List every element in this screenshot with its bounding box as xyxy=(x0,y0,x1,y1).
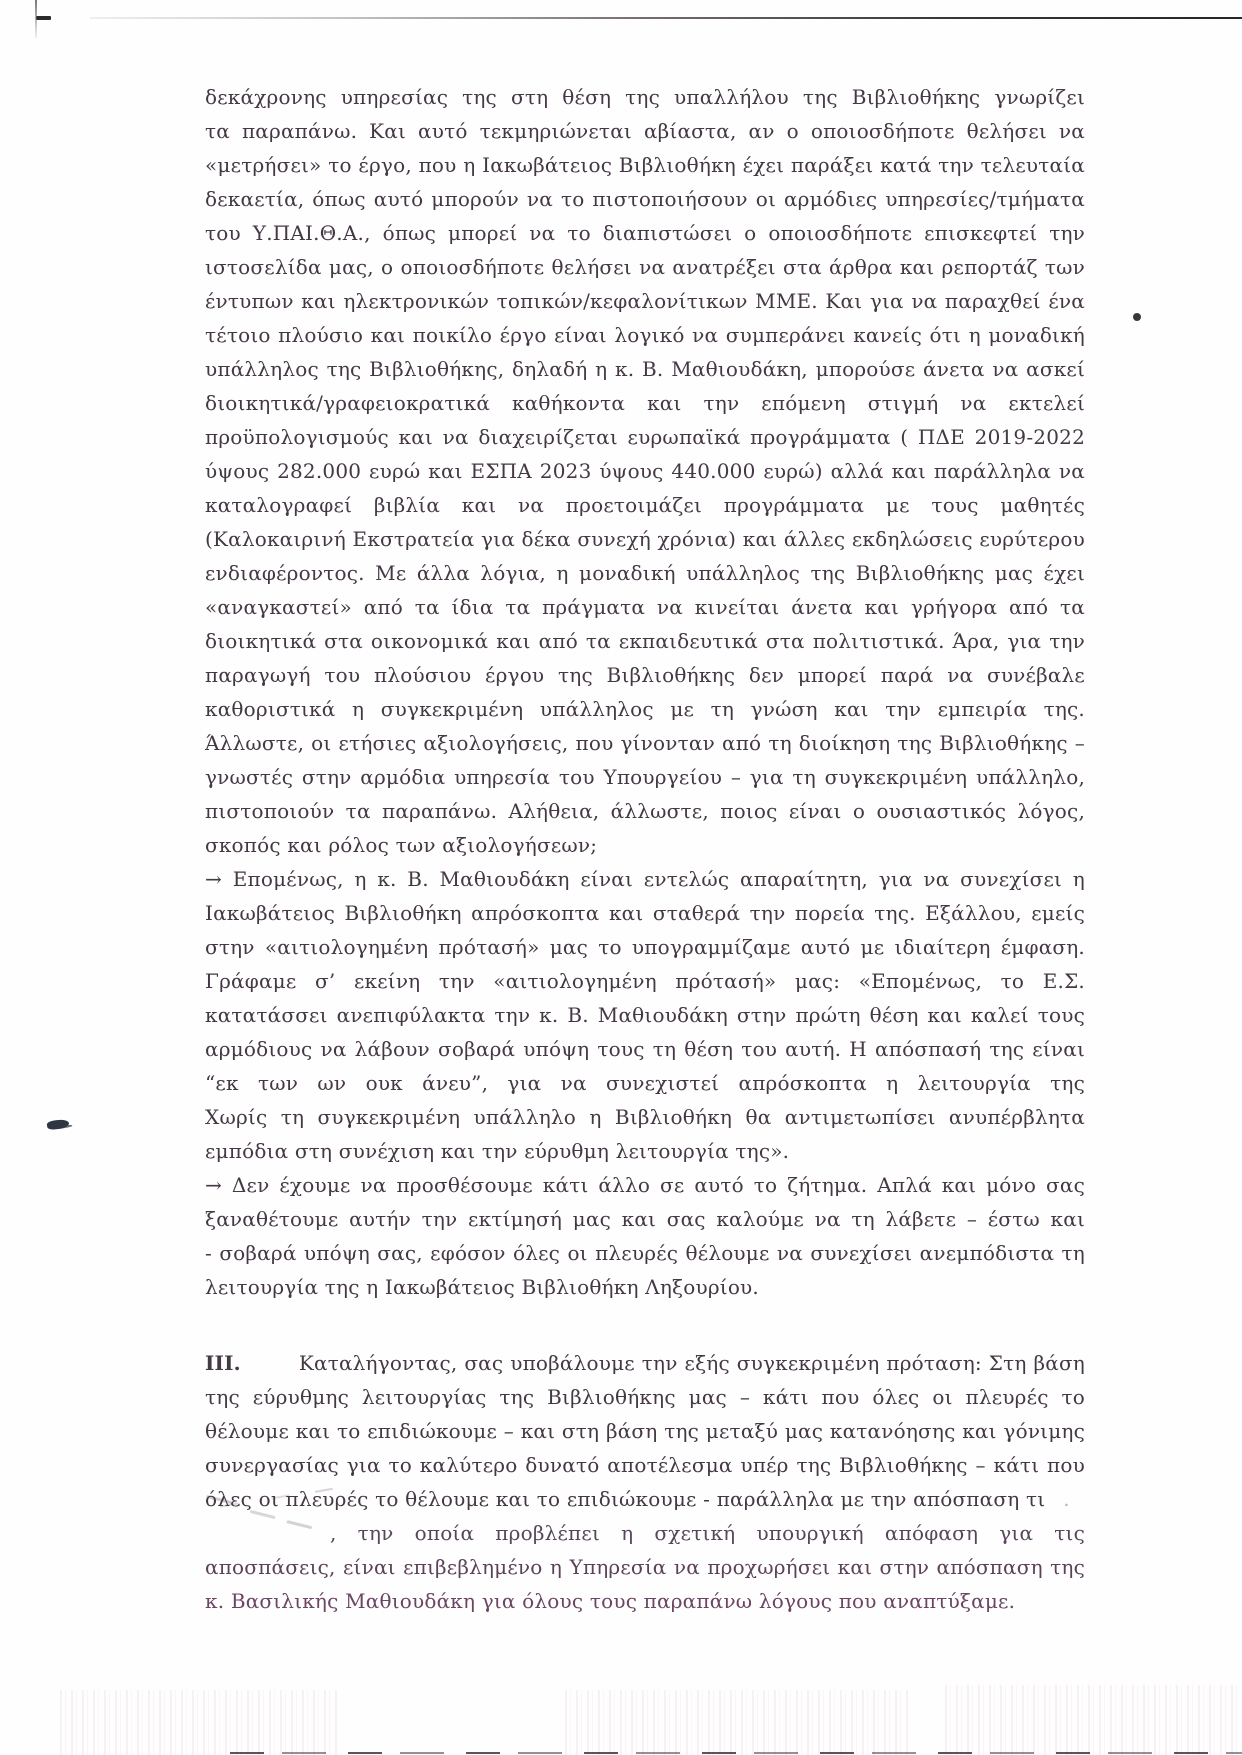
text-line: ξαναθέτουμε αυτήν την εκτίμησή μας και σ… xyxy=(205,1202,1085,1236)
scan-artifact-dash xyxy=(36,16,51,20)
text-line: Γράφαμε σ’ εκείνη την «αιτιολογημένη πρό… xyxy=(205,964,1085,998)
text-line: έντυπων και ηλεκτρονικών τοπικών/κεφαλον… xyxy=(205,284,1085,318)
text-line: (Καλοκαιρινή Εκστρατεία για δέκα συνεχή … xyxy=(205,522,1085,556)
paragraph: → Δεν έχουμε να προσθέσουμε κάτι άλλο σε… xyxy=(205,1168,1085,1304)
paragraph: δεκάχρονης υπηρεσίας της στη θέση της υπ… xyxy=(205,80,1085,862)
margin-smudge xyxy=(46,1119,69,1131)
text-line: του Υ.ΠΑΙ.Θ.Α., όπως μπορεί να το διαπισ… xyxy=(205,216,1085,250)
text-line: «αναγκαστεί» από τα ίδια τα πράγματα να … xyxy=(205,590,1085,624)
paragraph: → Επομένως, η κ. Β. Μαθιουδάκη είναι εντ… xyxy=(205,862,1085,1168)
text-line: προϋπολογισμούς και να διαχειρίζεται ευρ… xyxy=(205,420,1085,454)
text-line: σκοπός και ρόλος των αξιολογήσεων; xyxy=(205,828,1085,862)
text-line: διοικητικά/γραφειοκρατικά καθήκοντα και … xyxy=(205,386,1085,420)
text-line: → Επομένως, η κ. Β. Μαθιουδάκη είναι εντ… xyxy=(205,862,1085,896)
text-line: διοικητικά στα οικονομικά και από τα εκπ… xyxy=(205,624,1085,658)
text-line: ύψους 282.000 ευρώ και ΕΣΠΑ 2023 ύψους 4… xyxy=(205,454,1085,488)
text-line: πιστοποιούν τα παραπάνω. Αλήθεια, άλλωστ… xyxy=(205,794,1085,828)
text-line: “εκ των ων ουκ άνευ”, για να συνεχιστεί … xyxy=(205,1066,1085,1100)
text-line: III.Καταλήγοντας, σας υποβάλουμε την εξή… xyxy=(205,1346,1085,1380)
text-line: στην «αιτιολογημένη πρότασή» μας το υπογ… xyxy=(205,930,1085,964)
text-line: κ. Βασιλικής Μαθιουδάκη για όλους τους π… xyxy=(205,1584,1085,1618)
text-line: , την οποία προβλέπει η σχετική υπουργικ… xyxy=(205,1516,1085,1550)
text-line: κατατάσσει ανεπιφύλακτα την κ. Β. Μαθιου… xyxy=(205,998,1085,1032)
text-line: αρμόδιους να λάβουν σοβαρά υπόψη τους τη… xyxy=(205,1032,1085,1066)
faded-text-remnant: . . . xyxy=(1045,1487,1085,1511)
text-line: Ιακωβάτειος Βιβλιοθήκη απρόσκοπτα και στ… xyxy=(205,896,1085,930)
text-line: γνωστές στην αρμόδια υπηρεσία του Υπουργ… xyxy=(205,760,1085,794)
erased-gap xyxy=(205,1539,330,1540)
scan-artifact-top-line xyxy=(90,17,1242,19)
text-line: τα παραπάνω. Και αυτό τεκμηριώνεται αβία… xyxy=(205,114,1085,148)
document-text: δεκάχρονης υπηρεσίας της στη θέση της υπ… xyxy=(205,80,1085,1618)
text-line: Χωρίς τη συγκεκριμένη υπάλληλο η Βιβλιοθ… xyxy=(205,1100,1085,1134)
scanned-document-page: δεκάχρονης υπηρεσίας της στη θέση της υπ… xyxy=(0,0,1242,1755)
section-number: III. xyxy=(205,1351,241,1375)
text-line: τέτοιο πλούσιο και ποικίλο έργο είναι λο… xyxy=(205,318,1085,352)
scan-artifact-bottom-streaks xyxy=(60,1690,340,1755)
margin-dot xyxy=(1133,313,1141,321)
text-line: εμπόδια στη συνέχιση και την εύρυθμη λει… xyxy=(205,1134,1085,1168)
text-line: καταλογραφεί βιβλία και να προετοιμάζει … xyxy=(205,488,1085,522)
text-line: λειτουργία της η Ιακωβάτειος Βιβλιοθήκη … xyxy=(205,1270,1085,1304)
text-line: παραγωγή του πλούσιου έργου της Βιβλιοθή… xyxy=(205,658,1085,692)
text-line: - σοβαρά υπόψη σας, εφόσον όλες οι πλευρ… xyxy=(205,1236,1085,1270)
scan-artifact-bottom-streaks xyxy=(565,1690,910,1755)
text-line: ιστοσελίδα μας, ο οποιοσδήποτε θελήσει ν… xyxy=(205,250,1085,284)
text-line: θέλουμε και το επιδιώκουμε – και στη βάσ… xyxy=(205,1414,1085,1448)
paragraph: III.Καταλήγοντας, σας υποβάλουμε την εξή… xyxy=(205,1346,1085,1618)
text-line: Άλλωστε, οι ετήσιες αξιολογήσεις, που γί… xyxy=(205,726,1085,760)
text-line: της εύρυθμης λειτουργίας της Βιβλιοθήκης… xyxy=(205,1380,1085,1414)
text-line: αποσπάσεις, είναι επιβεβλημένο η Υπηρεσί… xyxy=(205,1550,1085,1584)
text-line: ενδιαφέροντος. Με άλλα λόγια, η μοναδική… xyxy=(205,556,1085,590)
text-line: → Δεν έχουμε να προσθέσουμε κάτι άλλο σε… xyxy=(205,1168,1085,1202)
text-line: «μετρήσει» το έργο, που η Ιακωβάτειος Βι… xyxy=(205,148,1085,182)
scan-artifact-bottom-streaks xyxy=(945,1685,1242,1755)
scan-artifact-bottom-line xyxy=(230,1752,1242,1754)
text-line: όλες οι πλευρές το θέλουμε και το επιδιώ… xyxy=(205,1482,1085,1516)
text-line: συνεργασίας για το καλύτερο δυνατό αποτέ… xyxy=(205,1448,1085,1482)
scan-artifact-vertical-line xyxy=(35,0,37,38)
text-line: δεκάχρονης υπηρεσίας της στη θέση της υπ… xyxy=(205,80,1085,114)
text-line: καθοριστικά η συγκεκριμένη υπάλληλος με … xyxy=(205,692,1085,726)
text-line: υπάλληλος της Βιβλιοθήκης, δηλαδή η κ. Β… xyxy=(205,352,1085,386)
text-line: δεκαετία, όπως αυτό μπορούν να το πιστοπ… xyxy=(205,182,1085,216)
